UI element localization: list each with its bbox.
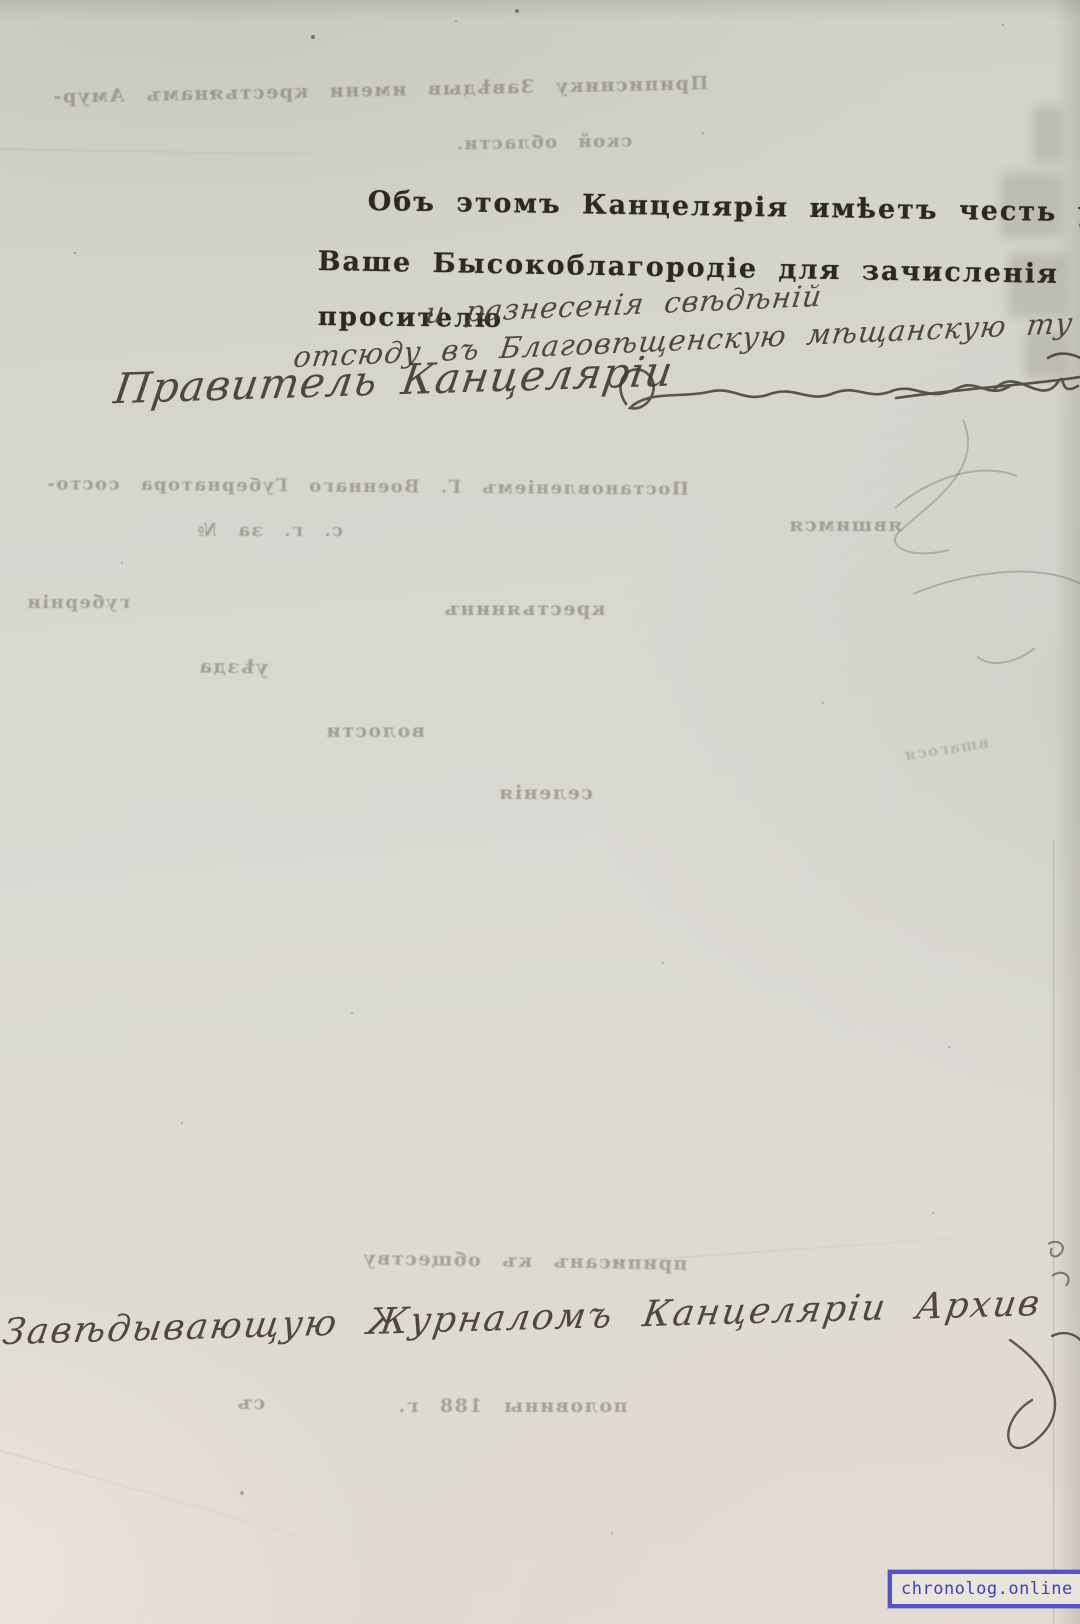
handwriting-bottom-note: Завѣдывающую Журналомъ Канцеляріи Архив	[0, 1283, 1044, 1353]
handwriting-official-title: Правитель Канцеляріи	[111, 346, 677, 413]
page-top-shadow	[0, 0, 1080, 20]
pen-mark	[1042, 1236, 1080, 1296]
bleedthrough-line: явшимся	[788, 514, 902, 536]
handwriting-tail-loop	[992, 1330, 1080, 1462]
bleedthrough-line: Постановленіемъ Г. Военнаго Губернатора …	[46, 473, 689, 500]
bleedthrough-line: с. г. за №	[196, 520, 343, 541]
bleedthrough-line: уѣзда	[198, 655, 268, 678]
watermark-label: chronolog.online	[901, 1579, 1073, 1599]
bleedthrough-line: Приписнику Завѣдыв имени крестьянамъ Аму…	[52, 72, 709, 108]
bleedthrough-smudge	[1032, 106, 1062, 164]
bleedthrough-line: съ	[236, 1392, 265, 1414]
bleedthrough-line: губерніи	[26, 592, 130, 613]
bleedthrough-line: половины 188 г.	[397, 1395, 628, 1417]
bleedthrough-fragment: вшагося	[902, 733, 990, 764]
paper-specks	[0, 0, 2, 2]
bleedthrough-line: крестьянинъ	[443, 598, 605, 620]
scanned-document-page: Приписнику Завѣдыв имени крестьянамъ Аму…	[0, 0, 1080, 1624]
bleedthrough-line: селенія	[498, 782, 593, 804]
notice-line-1: Объ этомъ Канцелярія имѣетъ честь увѣдом…	[368, 186, 1080, 231]
bleedthrough-line: ской области.	[455, 130, 633, 154]
watermark-badge: chronolog.online	[888, 1570, 1080, 1608]
paper-crease	[0, 1438, 422, 1572]
paper-crease	[0, 148, 520, 159]
bleedthrough-line: волости	[325, 720, 425, 742]
bleedthrough-line: приписанъ къ обществу	[362, 1247, 688, 1275]
pencil-marks	[885, 412, 1080, 672]
